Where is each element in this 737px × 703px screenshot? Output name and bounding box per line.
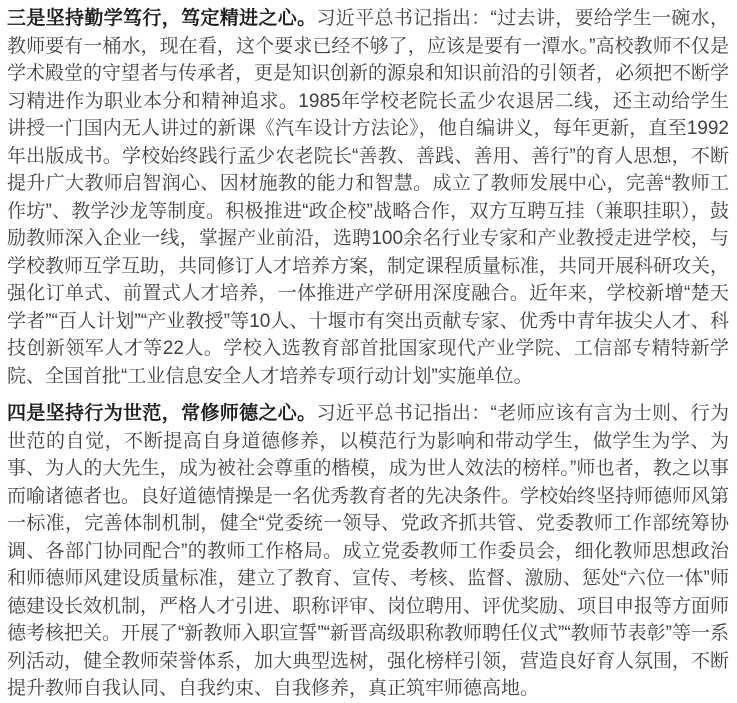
paragraph-4: 四是坚持行为世范，常修师德之心。习近平总书记指出：“老师应该有言为士则、行为世范… [7,400,729,703]
paragraph-3-lead: 三是坚持勤学笃行，笃定精进之心。 [7,8,316,29]
paragraph-4-lead: 四是坚持行为世范，常修师德之心。 [7,403,316,424]
paragraph-3: 三是坚持勤学笃行，笃定精进之心。习近平总书记指出：“过去讲，要给学生一碗水，教师… [7,5,729,390]
paragraph-4-text: 习近平总书记指出：“老师应该有言为士则、行为世范的自觉，不断提高自身道德修养，以… [7,403,729,699]
article-body: 三是坚持勤学笃行，笃定精进之心。习近平总书记指出：“过去讲，要给学生一碗水，教师… [0,0,737,703]
paragraph-3-text: 习近平总书记指出：“过去讲，要给学生一碗水，教师要有一桶水，现在看，这个要求已经… [7,8,729,387]
